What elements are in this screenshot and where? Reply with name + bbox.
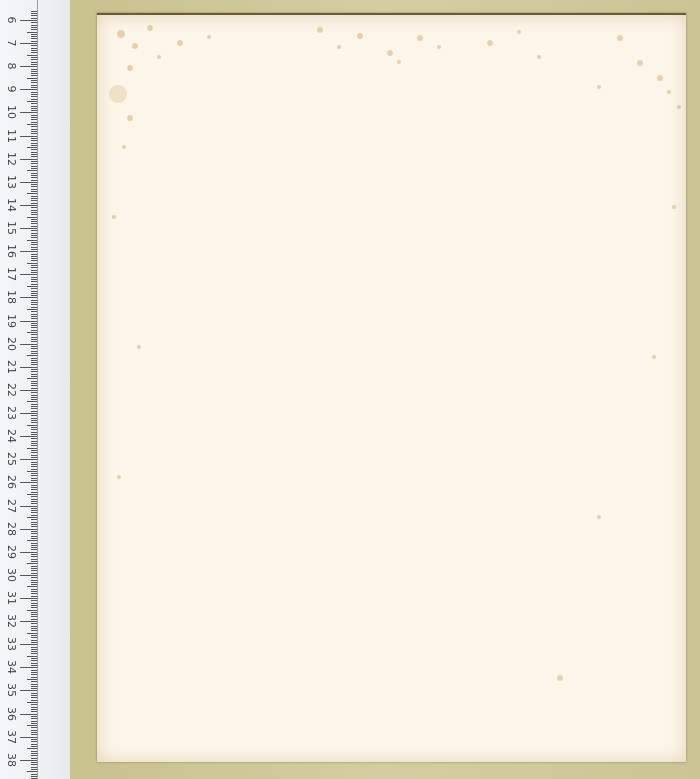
foxing-stain xyxy=(387,50,393,56)
ruler-tick xyxy=(31,637,37,638)
ruler-tick xyxy=(31,485,37,486)
ruler-tick xyxy=(31,510,37,511)
ruler-tick xyxy=(31,614,37,615)
ruler-tick xyxy=(31,519,37,520)
ruler-tick xyxy=(31,538,37,539)
ruler-tick xyxy=(31,570,37,571)
ruler-tick xyxy=(31,616,37,617)
ruler-tick xyxy=(31,663,37,664)
ruler-tick xyxy=(31,508,37,509)
ruler-tick xyxy=(31,697,37,698)
ruler-tick xyxy=(31,432,37,433)
ruler-tick xyxy=(31,582,37,583)
ruler-tick xyxy=(31,376,37,377)
ruler-tick xyxy=(27,610,37,611)
ruler-tick xyxy=(31,362,37,363)
ruler-tick xyxy=(31,353,37,354)
ruler-tick xyxy=(31,573,37,574)
ruler-label: 24 xyxy=(5,427,17,445)
ruler-tick xyxy=(31,117,37,118)
ruler-tick xyxy=(31,524,37,525)
ruler-tick xyxy=(31,746,37,747)
ruler-tick xyxy=(31,364,37,365)
ruler-tick xyxy=(27,679,37,680)
foxing-stain xyxy=(597,515,601,519)
ruler-tick xyxy=(31,327,37,328)
ruler-tick xyxy=(31,22,37,23)
ruler-tick xyxy=(31,166,37,167)
ruler-tick xyxy=(31,48,37,49)
ruler-tick xyxy=(31,358,37,359)
ruler-tick xyxy=(31,466,37,467)
ruler-tick xyxy=(31,420,37,421)
document-page xyxy=(97,13,686,762)
ruler-tick xyxy=(31,388,37,389)
ruler-tick xyxy=(31,603,37,604)
ruler-tick xyxy=(31,438,37,439)
ruler-label: 21 xyxy=(5,358,17,376)
ruler-tick xyxy=(20,274,37,275)
ruler-tick xyxy=(31,189,37,190)
ruler-tick xyxy=(31,434,37,435)
ruler-label: 9 xyxy=(5,80,17,98)
ruler-tick xyxy=(31,175,37,176)
ruler-tick xyxy=(31,395,37,396)
ruler-tick xyxy=(31,325,37,326)
ruler-tick xyxy=(31,300,37,301)
ruler-tick xyxy=(27,656,37,657)
ruler-tick xyxy=(31,580,37,581)
ruler-tick xyxy=(31,119,37,120)
foxing-stain xyxy=(652,355,656,359)
ruler-tick xyxy=(31,700,37,701)
ruler-tick xyxy=(31,85,37,86)
ruler-tick xyxy=(31,556,37,557)
ruler-tick xyxy=(31,769,37,770)
ruler-tick xyxy=(31,203,37,204)
ruler-tick xyxy=(31,411,37,412)
ruler-tick xyxy=(31,418,37,419)
ruler-tick xyxy=(27,725,37,726)
ruler-tick xyxy=(20,529,37,530)
ruler-tick xyxy=(31,260,37,261)
ruler-tick xyxy=(27,217,37,218)
ruler-label: 6 xyxy=(5,11,17,29)
ruler-tick xyxy=(31,161,37,162)
ruler-tick xyxy=(31,295,37,296)
ruler-tick xyxy=(31,686,37,687)
foxing-stain xyxy=(117,475,121,479)
ruler-label: 25 xyxy=(5,450,17,468)
ruler-tick xyxy=(20,644,37,645)
ruler-tick xyxy=(31,589,37,590)
ruler-tick xyxy=(31,593,37,594)
ruler-label: 22 xyxy=(5,381,17,399)
ruler-label: 26 xyxy=(5,473,17,491)
ruler-tick xyxy=(31,249,37,250)
ruler-tick xyxy=(31,489,37,490)
ruler-tick xyxy=(31,41,37,42)
ruler-label: 12 xyxy=(5,150,17,168)
ruler-tick xyxy=(31,71,37,72)
ruler-tick xyxy=(31,568,37,569)
ruler-tick xyxy=(31,462,37,463)
ruler-tick xyxy=(31,727,37,728)
ruler-tick xyxy=(31,473,37,474)
ruler-tick xyxy=(27,355,37,356)
ruler-tick xyxy=(31,457,37,458)
ruler-tick xyxy=(31,348,37,349)
ruler-tick xyxy=(31,596,37,597)
ruler-tick xyxy=(31,628,37,629)
ruler-tick xyxy=(31,226,37,227)
ruler-tick xyxy=(31,543,37,544)
foxing-stain xyxy=(637,60,643,66)
ruler-tick xyxy=(31,186,37,187)
ruler-tick xyxy=(31,374,37,375)
ruler-tick xyxy=(31,693,37,694)
foxing-stain xyxy=(487,40,493,46)
ruler-tick xyxy=(31,210,37,211)
ruler-tick xyxy=(31,138,37,139)
ruler-tick xyxy=(31,522,37,523)
ruler-tick xyxy=(27,378,37,379)
ruler-tick xyxy=(20,598,37,599)
foxing-stain xyxy=(147,25,153,31)
ruler-tick xyxy=(31,270,37,271)
ruler-tick xyxy=(31,651,37,652)
ruler-tick xyxy=(31,732,37,733)
ruler-tick xyxy=(31,18,37,19)
ruler-label: 7 xyxy=(5,34,17,52)
ruler-tick xyxy=(31,730,37,731)
ruler-label: 17 xyxy=(5,265,17,283)
ruler-tick xyxy=(31,131,37,132)
ruler-tick xyxy=(31,45,37,46)
ruler-tick xyxy=(20,714,37,715)
ruler-tick xyxy=(20,552,37,553)
foxing-stain xyxy=(677,105,681,109)
ruler-tick xyxy=(31,605,37,606)
ruler-tick xyxy=(31,265,37,266)
ruler-tick xyxy=(20,482,37,483)
ruler-tick xyxy=(20,297,37,298)
foxing-stain xyxy=(337,45,341,49)
ruler-label: 30 xyxy=(5,566,17,584)
ruler-tick xyxy=(31,607,37,608)
ruler-tick xyxy=(31,360,37,361)
ruler-tick xyxy=(31,87,37,88)
ruler-tick xyxy=(31,304,37,305)
ruler-tick xyxy=(31,267,37,268)
ruler-tick xyxy=(31,464,37,465)
ruler-tick xyxy=(31,221,37,222)
ruler-tick xyxy=(31,272,37,273)
ruler-tick xyxy=(31,584,37,585)
ruler-tick xyxy=(31,163,37,164)
ruler-tick xyxy=(31,110,37,111)
ruler-label: 23 xyxy=(5,404,17,422)
ruler-tick xyxy=(31,214,37,215)
ruler-tick xyxy=(31,619,37,620)
foxing-stain xyxy=(617,35,623,41)
ruler-tick xyxy=(31,709,37,710)
ruler-tick xyxy=(31,707,37,708)
foxing-stain xyxy=(537,55,541,59)
ruler-tick xyxy=(20,89,37,90)
ruler-tick xyxy=(31,704,37,705)
ruler-tick xyxy=(31,774,37,775)
ruler-tick xyxy=(20,367,37,368)
foxing-stain xyxy=(397,60,401,64)
ruler-tick xyxy=(31,196,37,197)
foxing-stain xyxy=(127,115,133,121)
ruler-tick xyxy=(31,660,37,661)
ruler-tick xyxy=(20,112,37,113)
ruler-tick xyxy=(31,247,37,248)
foxing-stain xyxy=(437,45,441,49)
ruler-tick xyxy=(31,108,37,109)
ruler-tick xyxy=(31,385,37,386)
ruler-tick xyxy=(31,499,37,500)
ruler-tick xyxy=(31,156,37,157)
ruler-tick xyxy=(31,284,37,285)
ruler-tick xyxy=(31,670,37,671)
ruler-tick xyxy=(31,75,37,76)
ruler-tick xyxy=(31,429,37,430)
ruler-tick xyxy=(31,665,37,666)
ruler-tick xyxy=(31,649,37,650)
ruler-tick xyxy=(31,34,37,35)
ruler-tick xyxy=(20,66,37,67)
ruler-tick xyxy=(31,73,37,74)
ruler-tick xyxy=(31,716,37,717)
ruler-tick xyxy=(27,147,37,148)
ruler-tick xyxy=(31,399,37,400)
ruler-label: 27 xyxy=(5,497,17,515)
ruler-tick xyxy=(31,496,37,497)
ruler-tick xyxy=(31,307,37,308)
ruler-tick xyxy=(31,13,37,14)
ruler-label: 37 xyxy=(5,728,17,746)
foxing-stain xyxy=(417,35,423,41)
ruler-tick xyxy=(31,339,37,340)
ruler-tick xyxy=(31,404,37,405)
ruler-tick xyxy=(20,205,37,206)
ruler-tick xyxy=(31,549,37,550)
ruler-tick xyxy=(31,721,37,722)
ruler-tick xyxy=(31,59,37,60)
ruler-tick xyxy=(31,314,37,315)
ruler-tick xyxy=(31,316,37,317)
ruler-tick xyxy=(31,279,37,280)
ruler-tick xyxy=(31,744,37,745)
ruler-tick xyxy=(31,323,37,324)
ruler-tick xyxy=(31,501,37,502)
ruler-tick xyxy=(31,64,37,65)
ruler-tick xyxy=(31,168,37,169)
ruler-tick xyxy=(31,223,37,224)
ruler-label: 35 xyxy=(5,681,17,699)
ruler-tick xyxy=(31,288,37,289)
ruler-tick xyxy=(27,586,37,587)
ruler-tick xyxy=(31,152,37,153)
foxing-stain xyxy=(207,35,211,39)
ruler-tick xyxy=(31,642,37,643)
ruler-tick xyxy=(27,748,37,749)
ruler-tick xyxy=(31,492,37,493)
ruler-tick xyxy=(20,344,37,345)
ruler-tick xyxy=(31,254,37,255)
ruler-tick xyxy=(31,441,37,442)
ruler-tick xyxy=(27,448,37,449)
ruler-tick xyxy=(31,640,37,641)
ruler-tick xyxy=(31,311,37,312)
ruler-tick xyxy=(31,233,37,234)
ruler-tick xyxy=(27,401,37,402)
ruler-tick xyxy=(31,734,37,735)
ruler-tick xyxy=(27,101,37,102)
ruler-tick xyxy=(20,413,37,414)
ruler-tick xyxy=(31,755,37,756)
ruler-tick xyxy=(27,263,37,264)
ruler-tick xyxy=(31,258,37,259)
ruler-tick xyxy=(20,159,37,160)
ruler-tick xyxy=(31,408,37,409)
ruler-tick xyxy=(27,494,37,495)
ruler-tick xyxy=(31,371,37,372)
ruler-tick xyxy=(31,27,37,28)
ruler-tick xyxy=(31,25,37,26)
foxing-stain xyxy=(137,345,141,349)
ruler-tick xyxy=(20,182,37,183)
ruler-tick xyxy=(27,517,37,518)
ruler-tick xyxy=(20,667,37,668)
ruler-tick xyxy=(31,487,37,488)
ruler-tick xyxy=(31,711,37,712)
ruler-label: 36 xyxy=(5,705,17,723)
ruler-label: 33 xyxy=(5,635,17,653)
ruler-tick xyxy=(31,180,37,181)
ruler-tick xyxy=(31,36,37,37)
ruler-tick xyxy=(31,612,37,613)
ruler-tick xyxy=(31,237,37,238)
ruler-tick xyxy=(27,193,37,194)
ruler-tick xyxy=(31,69,37,70)
ruler-tick xyxy=(31,57,37,58)
ruler-tick xyxy=(27,425,37,426)
foxing-stain xyxy=(127,65,133,71)
ruler-tick xyxy=(20,459,37,460)
ruler-tick xyxy=(31,445,37,446)
ruler-tick xyxy=(31,341,37,342)
ruler-tick xyxy=(31,103,37,104)
ruler-label: 28 xyxy=(5,520,17,538)
ruler-tick xyxy=(31,515,37,516)
ruler-tick xyxy=(27,286,37,287)
ruler-tick xyxy=(31,751,37,752)
ruler-tick xyxy=(31,11,37,12)
ruler-tick xyxy=(31,52,37,53)
ruler-tick xyxy=(31,383,37,384)
foxing-stain xyxy=(132,43,138,49)
ruler-tick xyxy=(31,242,37,243)
ruler-label: 10 xyxy=(5,103,17,121)
ruler-tick xyxy=(20,737,37,738)
ruler-tick xyxy=(31,561,37,562)
ruler-tick xyxy=(31,741,37,742)
ruler-tick xyxy=(31,15,37,16)
ruler-tick xyxy=(31,762,37,763)
ruler-tick xyxy=(31,536,37,537)
ruler-tick xyxy=(31,455,37,456)
ruler-label: 8 xyxy=(5,57,17,75)
ruler-tick xyxy=(20,228,37,229)
ruler-tick xyxy=(27,332,37,333)
ruler-tick xyxy=(31,129,37,130)
ruler-tick xyxy=(31,397,37,398)
ruler-tick xyxy=(31,718,37,719)
ruler-tick xyxy=(31,475,37,476)
ruler-tick xyxy=(31,177,37,178)
ruler-tick xyxy=(31,337,37,338)
ruler-label: 31 xyxy=(5,589,17,607)
foxing-stain xyxy=(672,205,676,209)
ruler-tick xyxy=(31,653,37,654)
ruler-tick xyxy=(27,240,37,241)
ruler-tick xyxy=(31,351,37,352)
ruler-tick xyxy=(31,753,37,754)
ruler-tick xyxy=(31,767,37,768)
foxing-stain xyxy=(557,675,563,681)
ruler-tick xyxy=(31,776,37,777)
ruler-tick xyxy=(27,309,37,310)
ruler-tick xyxy=(31,122,37,123)
ruler-tick xyxy=(31,681,37,682)
ruler-tick xyxy=(31,480,37,481)
ruler-tick xyxy=(31,145,37,146)
ruler-tick xyxy=(31,684,37,685)
ruler-tick xyxy=(31,764,37,765)
ruler-tick xyxy=(31,452,37,453)
ruler-label: 34 xyxy=(5,658,17,676)
ruler-tick xyxy=(31,143,37,144)
ruler-tick xyxy=(31,427,37,428)
foxing-stain xyxy=(357,33,363,39)
ruler-tick xyxy=(20,251,37,252)
ruler-tick xyxy=(31,293,37,294)
ruler-tick xyxy=(31,623,37,624)
ruler-tick xyxy=(31,50,37,51)
ruler-tick xyxy=(20,575,37,576)
ruler-tick xyxy=(31,381,37,382)
ruler-tick xyxy=(20,20,37,21)
ruler-tick xyxy=(27,633,37,634)
ruler-tick xyxy=(31,212,37,213)
ruler-tick xyxy=(31,346,37,347)
ruler-tick xyxy=(27,771,37,772)
ruler-tick xyxy=(31,38,37,39)
ruler-tick xyxy=(31,739,37,740)
foxing-stain xyxy=(667,90,671,94)
ruler-tick xyxy=(31,677,37,678)
ruler-tick xyxy=(31,531,37,532)
ruler-tick xyxy=(31,723,37,724)
ruler-tick xyxy=(31,219,37,220)
ruler-tick xyxy=(31,422,37,423)
ruler-edge xyxy=(37,0,38,779)
ruler-label: 29 xyxy=(5,543,17,561)
